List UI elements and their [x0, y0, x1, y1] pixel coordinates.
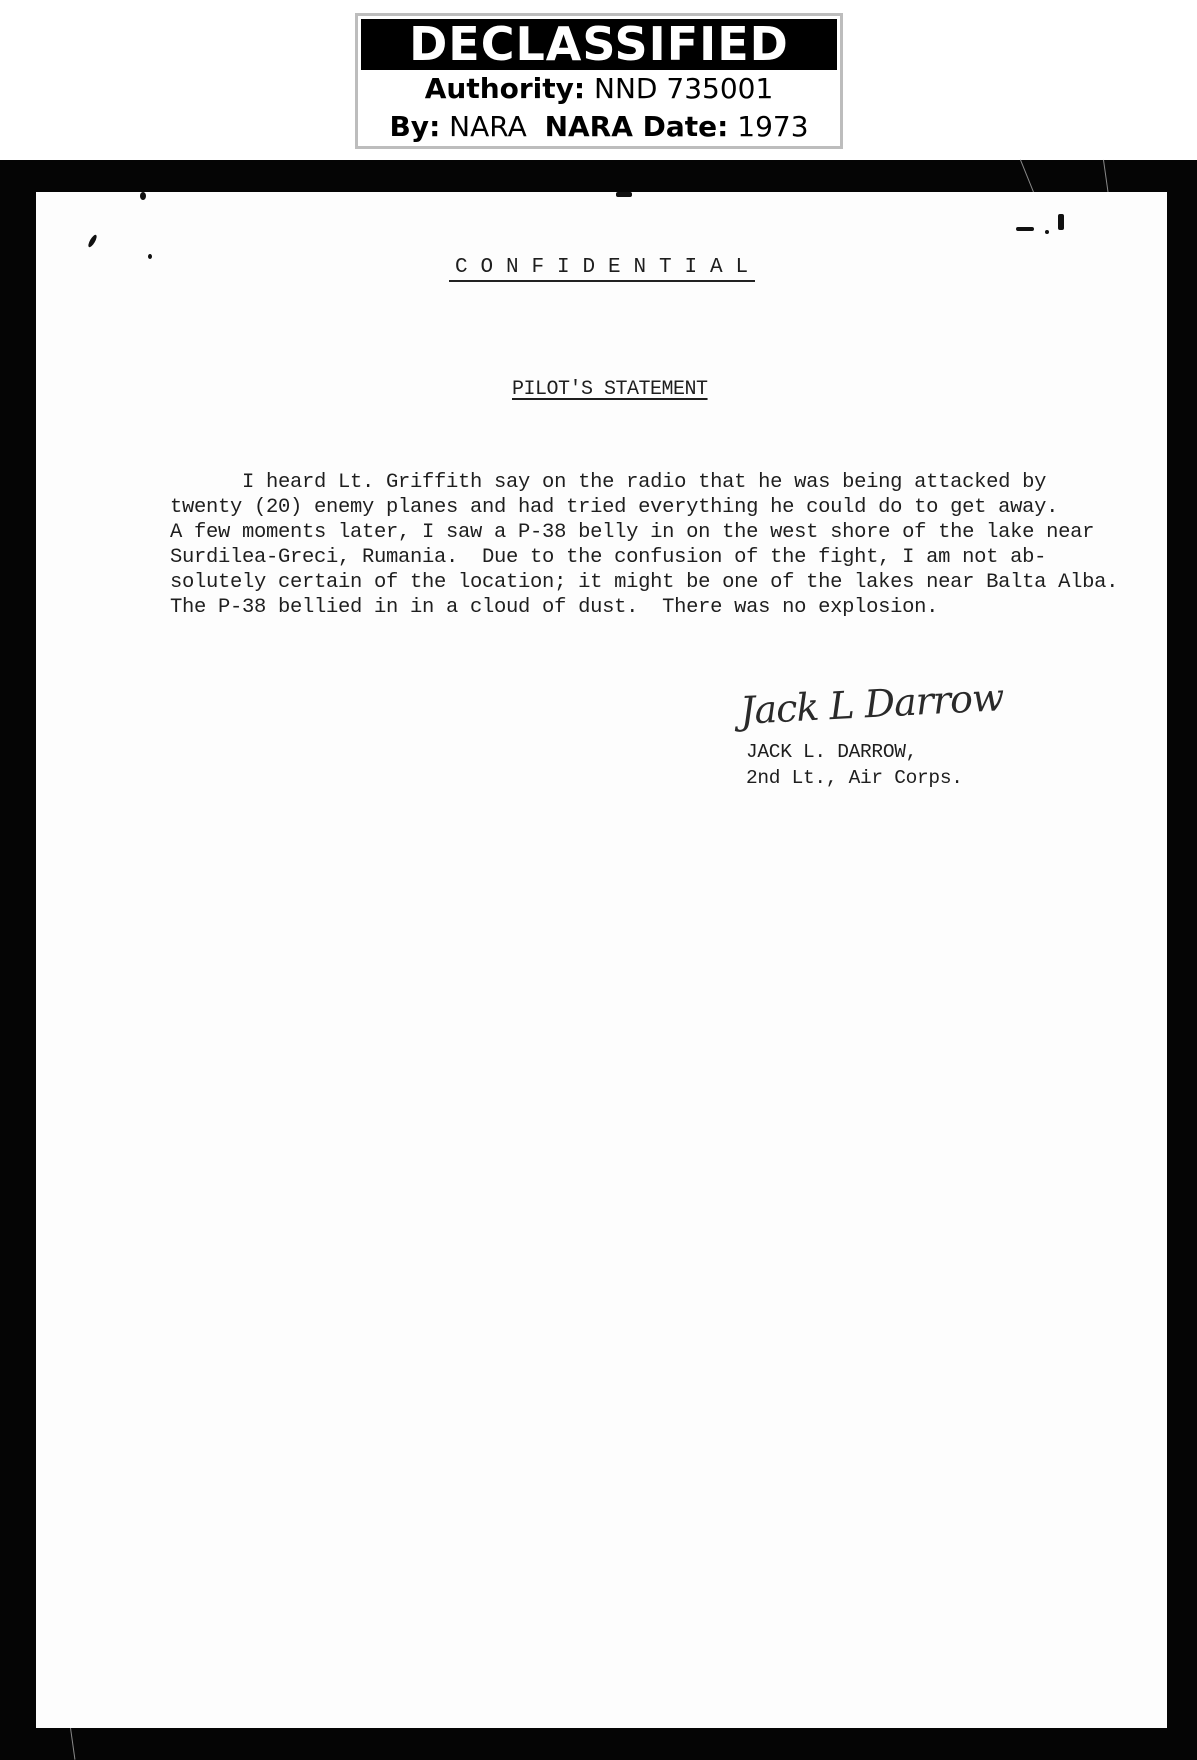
classification-marking: CONFIDENTIAL — [36, 256, 1167, 282]
classification-letter: F — [525, 256, 551, 282]
scan-scratch — [1020, 160, 1034, 194]
classification-letter: E — [602, 256, 628, 282]
classification-letter: L — [729, 256, 755, 282]
classification-letter: C — [449, 256, 475, 282]
classification-letter: I — [551, 256, 577, 282]
by-label: By: — [389, 110, 440, 143]
ink-speck — [1016, 227, 1034, 231]
ink-speck — [616, 192, 632, 197]
authority-value: NND 735001 — [594, 72, 773, 105]
stamp-title: DECLASSIFIED — [361, 19, 837, 70]
ink-speck — [140, 192, 146, 200]
declassification-stamp: DECLASSIFIED Authority: NND 735001 By: N… — [355, 13, 843, 149]
classification-text: CONFIDENTIAL — [449, 256, 755, 279]
signature-block: JACK L. DARROW, 2nd Lt., Air Corps. — [746, 739, 963, 791]
classification-letter: N — [627, 256, 653, 282]
scanned-page: CONFIDENTIAL PILOT'S STATEMENT I heard L… — [0, 160, 1197, 1760]
statement-body: I heard Lt. Griffith say on the radio th… — [170, 470, 1130, 620]
document-title: PILOT'S STATEMENT — [512, 378, 708, 401]
stamp-by-line: By: NARA NARA Date: 1973 — [358, 108, 840, 146]
handwritten-signature: Jack L Darrow — [739, 675, 1004, 733]
date-label: NARA Date: — [545, 110, 729, 143]
document-paper: CONFIDENTIAL PILOT'S STATEMENT I heard L… — [36, 192, 1167, 1728]
ink-speck — [87, 234, 98, 249]
signer-rank: 2nd Lt., Air Corps. — [746, 767, 963, 789]
classification-letter: A — [704, 256, 730, 282]
ink-speck — [1045, 230, 1049, 234]
classification-letter: O — [474, 256, 500, 282]
scan-scratch — [70, 1728, 75, 1760]
date-value: 1973 — [737, 110, 808, 143]
stamp-authority-line: Authority: NND 735001 — [358, 70, 840, 108]
by-value: NARA — [449, 110, 527, 143]
classification-letter: N — [500, 256, 526, 282]
classification-letter: I — [678, 256, 704, 282]
classification-letter: D — [576, 256, 602, 282]
authority-label: Authority: — [425, 72, 585, 105]
ink-speck — [1058, 214, 1064, 230]
signer-name: JACK L. DARROW, — [746, 741, 917, 763]
classification-letter: T — [653, 256, 679, 282]
scan-scratch — [1103, 160, 1109, 196]
